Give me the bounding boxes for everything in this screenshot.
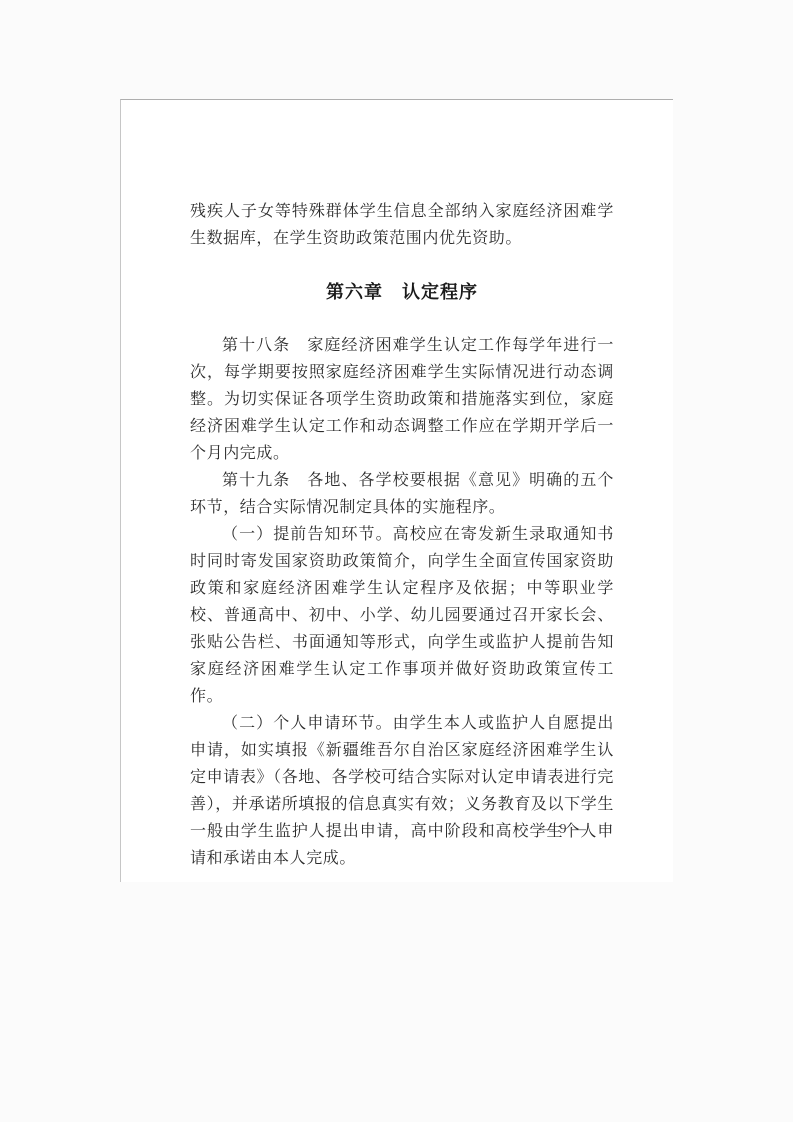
page-number: — 9 — <box>540 821 587 839</box>
item-1-paragraph: （一）提前告知环节。高校应在寄发新生录取通知书时同时寄发国家资助政策简介，向学生… <box>190 521 614 710</box>
chapter-heading: 第六章 认定程序 <box>190 279 614 306</box>
document-viewer-canvas: 残疾人子女等特殊群体学生信息全部纳入家庭经济困难学生数据库，在学生资助政策范围内… <box>0 0 793 1122</box>
page-text-column: 残疾人子女等特殊群体学生信息全部纳入家庭经济困难学生数据库，在学生资助政策范围内… <box>190 198 614 872</box>
item-2-paragraph: （二）个人申请环节。由学生本人或监护人自愿提出申请，如实填报《新疆维吾尔自治区家… <box>190 710 614 872</box>
article-18-paragraph: 第十八条 家庭经济困难学生认定工作每学年进行一次，每学期要按照家庭经济困难学生实… <box>190 332 614 467</box>
document-page: 残疾人子女等特殊群体学生信息全部纳入家庭经济困难学生数据库，在学生资助政策范围内… <box>120 99 673 882</box>
article-19-paragraph: 第十九条 各地、各学校要根据《意见》明确的五个环节，结合实际情况制定具体的实施程… <box>190 467 614 521</box>
continuation-paragraph: 残疾人子女等特殊群体学生信息全部纳入家庭经济困难学生数据库，在学生资助政策范围内… <box>190 198 614 252</box>
